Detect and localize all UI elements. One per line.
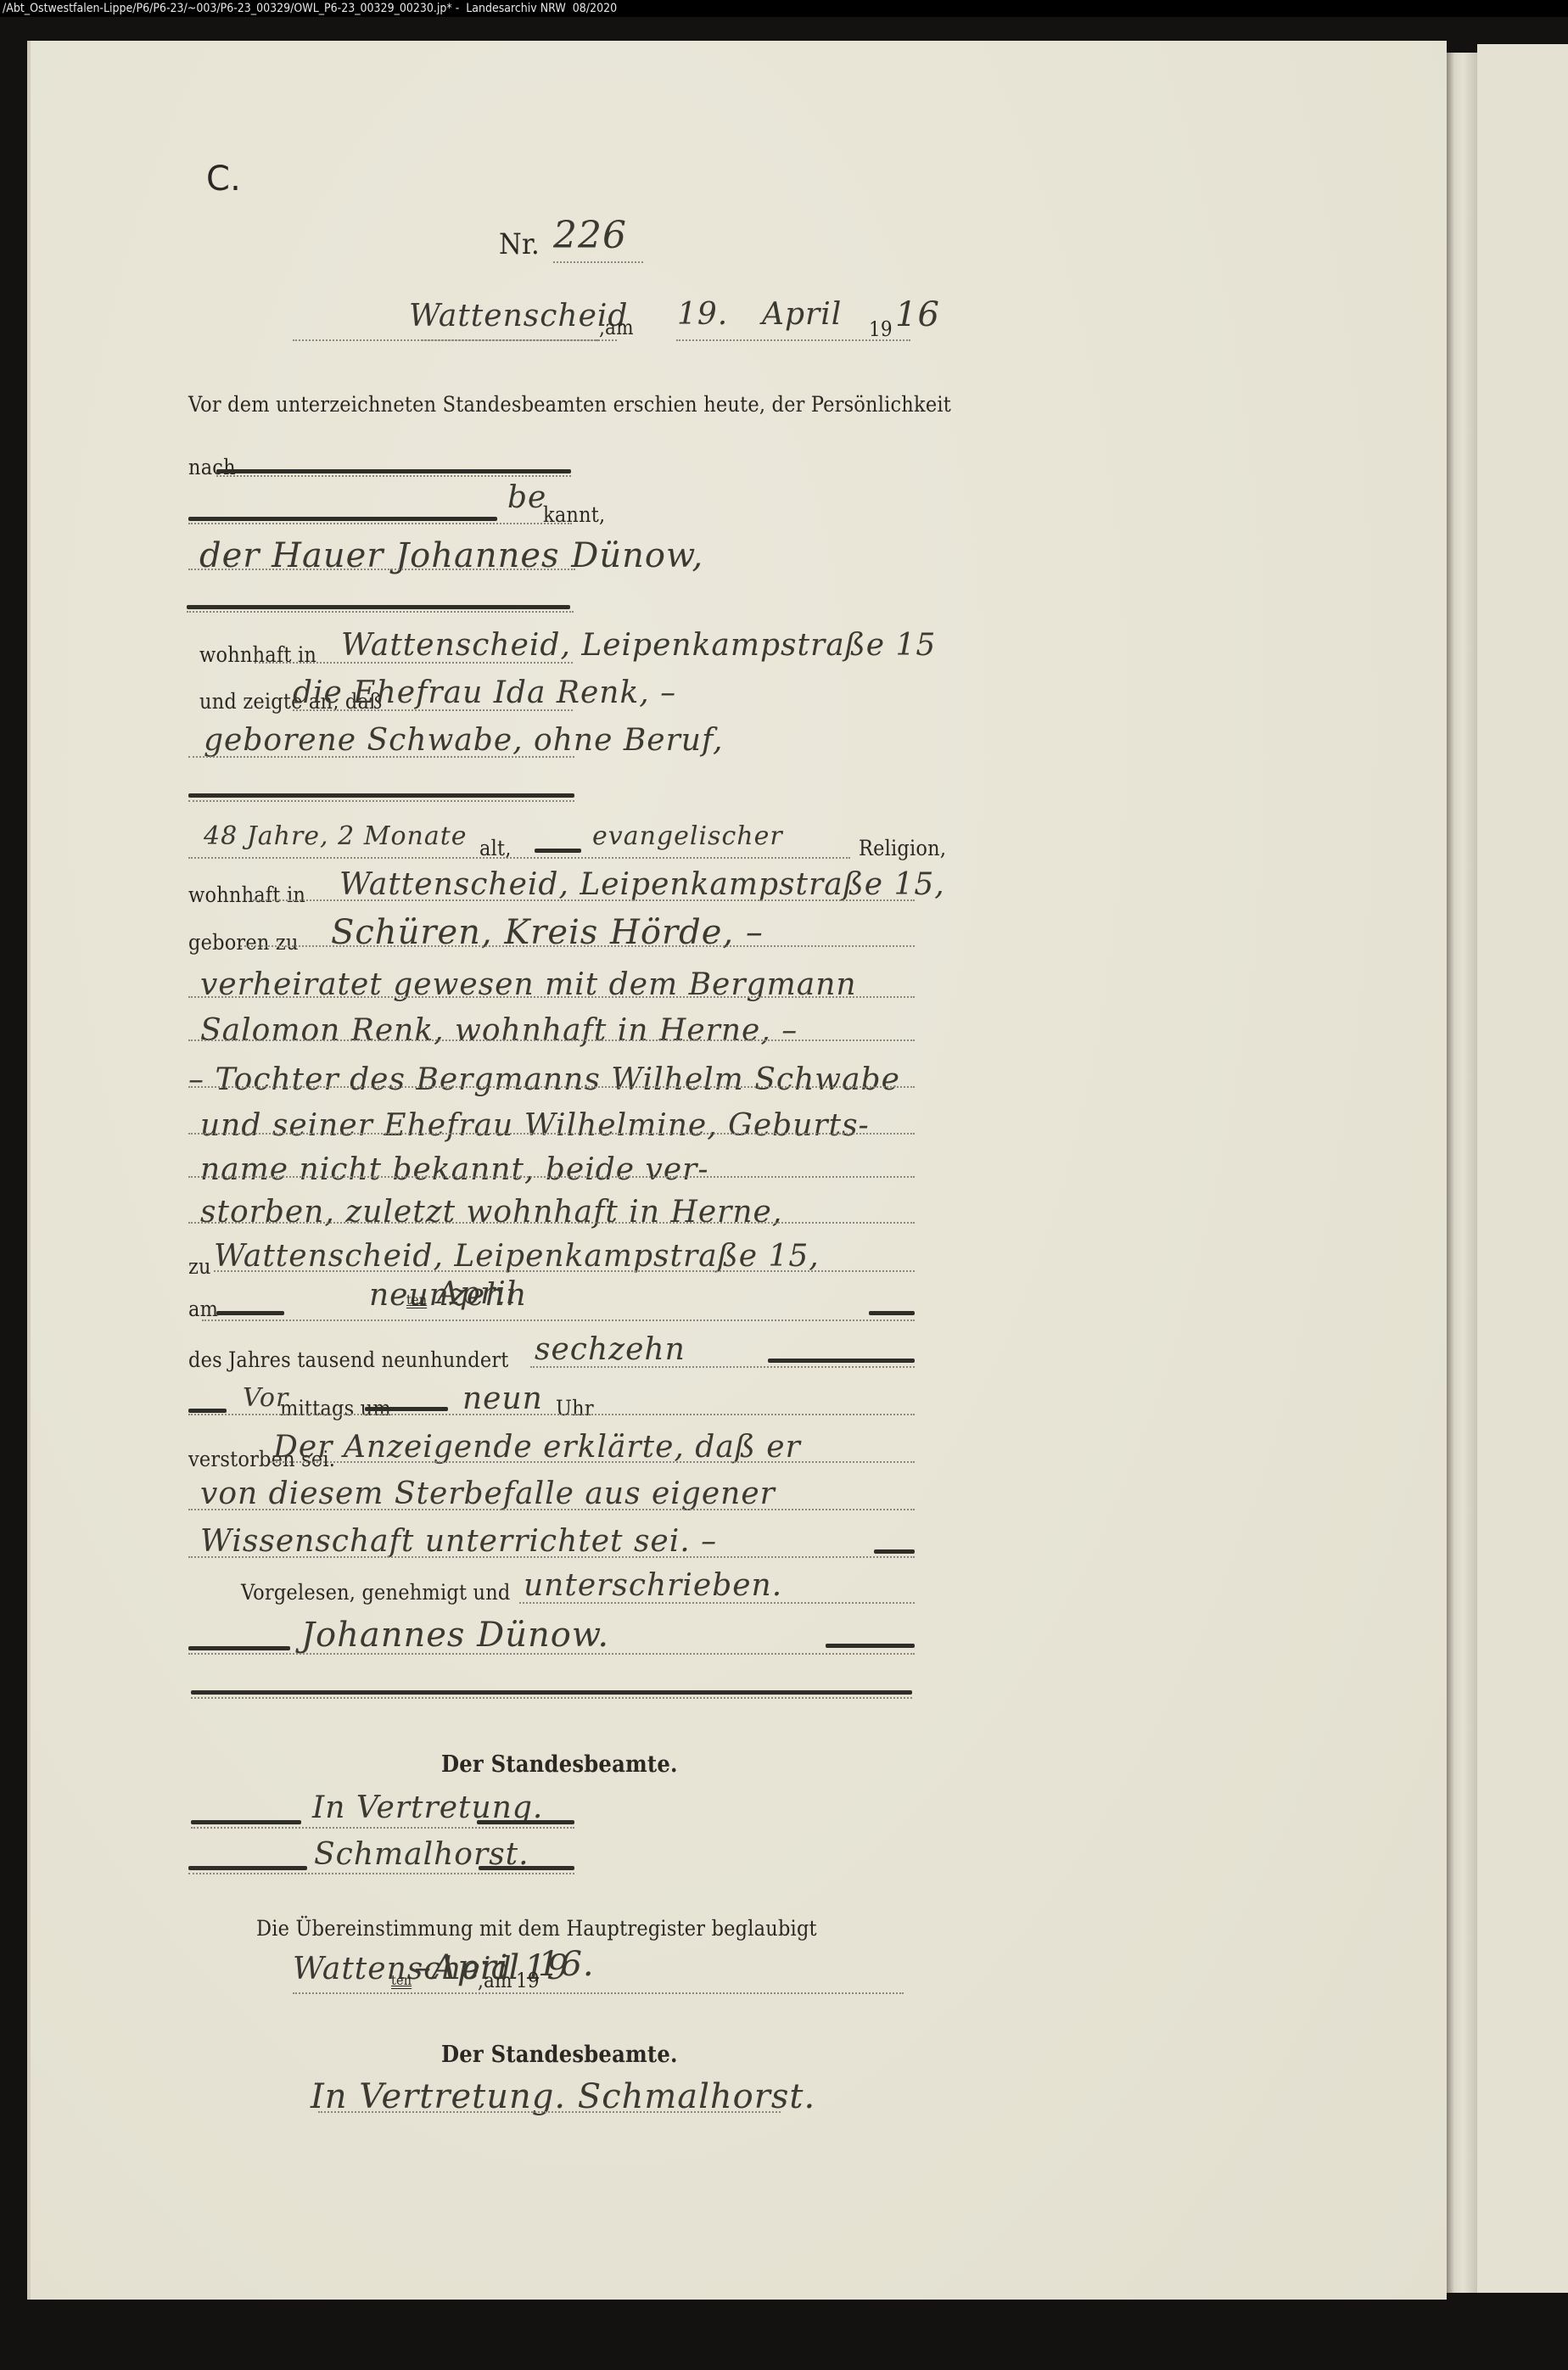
death-day-suffix: ten [406,1291,427,1308]
detail-line-4: und seiner Ehefrau Wilhelmine, Geburts- [200,1108,870,1143]
dotted-line [318,2111,781,2113]
religion-label: Religion, [859,836,946,860]
dotted-line [188,1414,915,1415]
death-date-am-label: am [188,1297,218,1321]
dotted-line [188,1086,915,1088]
detail-line-6: storben, zuletzt wohnhaft in Herne, [200,1195,782,1230]
dotted-line [293,1992,904,1994]
dotted-line [188,1039,915,1041]
dotted-line [188,1222,915,1224]
strike-rule [768,1359,915,1363]
strike-rule [191,1820,301,1824]
dotted-line [216,475,571,477]
record-number: 226 [553,214,627,257]
dotted-line [202,1319,915,1321]
strike-rule [365,1407,448,1411]
intro-line: Vor dem unterzeichneten Standesbeamten e… [188,392,951,417]
dotted-line [270,1461,915,1463]
declaration-line-2: von diesem Sterbefalle aus eigener [200,1476,776,1511]
dotted-line [188,1556,915,1558]
dotted-line [191,1827,574,1829]
dotted-line [188,523,572,524]
detail-line-5: name nicht bekannt, beide ver- [200,1152,709,1187]
dotted-line [519,1602,915,1604]
strike-rule [187,605,570,609]
file-path-caption: /Abt_Ostwestfalen-Lippe/P6/P6-23/~003/P6… [0,0,1568,17]
header-day: 19. [677,297,728,332]
strike-rule [874,1549,915,1554]
dotted-line [188,569,575,570]
informant-residence: Wattenscheid, Leipenkampstraße 15 [341,628,936,663]
detail-line-3: – Tochter des Bergmanns Wilhelm Schwabe [188,1062,900,1097]
strike-rule [188,1646,290,1650]
dotted-line [293,709,573,711]
bekannt-printed: kannt, [543,502,605,527]
death-place: Wattenscheid, Leipenkampstraße 15, [214,1239,820,1274]
header-place: Wattenscheid [409,299,628,333]
dotted-line [188,756,574,758]
dotted-line [553,261,643,263]
death-month: April [437,1276,517,1311]
deceased-age: 48 Jahre, 2 Monate [204,821,468,851]
strike-rule [216,469,571,473]
strike-rule [188,1409,227,1413]
deceased-residence-label: wohnhaft in [188,882,305,907]
header-year-suffix: 16 [895,295,940,334]
informant-signature: Johannes Dünow. [301,1616,609,1655]
strike-rule [826,1644,915,1648]
section-letter: C. [206,160,241,199]
facing-page [1477,44,1568,2293]
deceased-line-2: geborene Schwabe, ohne Beruf, [204,723,723,758]
unterschrieben-handwritten: unterschrieben. [524,1568,782,1603]
death-hour: neun [462,1381,543,1416]
header-month: April [762,297,842,332]
strike-rule [216,1311,284,1315]
dotted-line [188,996,915,998]
deceased-line-1: die Ehefrau Ida Renk, – [293,675,676,710]
dotted-line [188,1509,915,1510]
dotted-line [188,800,574,802]
book-gutter [1447,53,1477,2293]
dotted-line [676,339,910,341]
dotted-line [253,899,915,901]
dotted-line [191,1697,912,1699]
header-am-label: ,am [599,316,634,339]
dotted-line [188,1873,574,1874]
strike-rule [188,1866,307,1870]
uhr-label: Uhr [556,1396,594,1420]
strike-rule [535,849,581,853]
declaration-line-1: Der Anzeigende erklärte, daß er [273,1430,801,1465]
dotted-line [240,945,915,947]
registrar-title: Der Standesbeamte. [441,1751,678,1778]
year-label: des Jahres tausend neunhundert [188,1347,509,1372]
dotted-line [422,339,617,341]
vorgelesen-label: Vorgelesen, genehmigt und [241,1580,511,1605]
certification-line: Die Übereinstimmung mit dem Hauptregiste… [256,1916,817,1941]
strike-rule [479,1866,574,1870]
dotted-line [214,1270,915,1272]
death-place-label: zu [188,1254,211,1279]
strike-rule [188,793,574,798]
deceased-residence: Wattenscheid, Leipenkampstraße 15, [339,867,945,902]
birthplace-label: geboren zu [188,930,299,955]
dotted-line [188,1133,915,1135]
cert-year-suffix: 16. [538,1945,595,1984]
strike-rule [188,517,497,521]
dotted-line [188,1176,915,1178]
cert-year-prefix: 19 [516,1969,540,1992]
death-year-words: sechzehn [535,1332,686,1367]
cert-registrar-title: Der Standesbeamte. [441,2042,678,2068]
dotted-line [188,857,850,859]
bekannt-handwritten: be [507,480,546,515]
cert-day-suffix: ten [391,1972,412,1988]
strike-rule [191,1690,912,1695]
page-edge [27,41,31,2300]
dotted-line [530,1366,915,1368]
header-year-prefix: 19 [869,317,893,341]
dotted-line [255,662,573,664]
declaration-line-3: Wissenschaft unterrichtet sei. – [200,1524,717,1559]
strike-rule [477,1820,574,1824]
record-number-label: Nr. [499,227,540,261]
religion-value: evangelischer [592,821,783,851]
dotted-line [188,1653,915,1655]
dotted-line [187,611,574,613]
strike-rule [869,1311,915,1315]
detail-line-2: Salomon Renk, wohnhaft in Herne, – [200,1013,798,1048]
cert-month: –April [414,1948,520,1987]
